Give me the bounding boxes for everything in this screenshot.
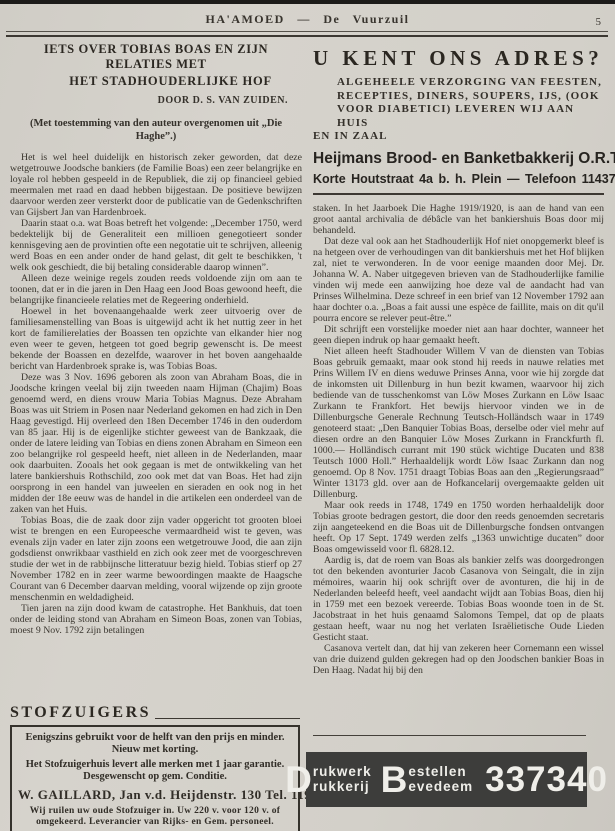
article-end-rule [313,735,586,736]
right-column: U KENT ONS ADRES? ALGEHEELE VERZORGING V… [313,42,604,676]
left-column: IETS OVER TOBIAS BOAS EN ZIJN RELATIES M… [10,42,302,636]
printer-ad-word-group: B estellen evedeem [381,763,474,797]
bakery-ad-name: Heijmans Brood- en Banketbakkerij O.R.T. [313,150,604,168]
scan-edge-strip [0,0,615,4]
printer-ad-word: estellen [408,765,473,780]
newspaper-page: HA'AMOED — De Vuurzuil 5 IETS OVER TOBIA… [0,0,615,831]
vacuum-ad-line2: Het Stofzuigerhuis levert alle merken me… [18,759,292,783]
printer-ad-word: evedeem [408,780,473,795]
article-paragraph: Het is wel heel duidelijk en historisch … [10,152,302,218]
article-paragraph: Niet alleen heeft Stadhouder Willem V va… [313,346,604,500]
vacuum-ad-title-rule [155,718,300,719]
vacuum-ad-line1: Eenigszins gebruikt voor de helft van de… [18,732,292,756]
vacuum-ad-title: STOFZUIGERS [10,704,151,722]
printer-ad-stack: estellen evedeem [408,765,473,794]
article-paragraph: Alleen deze weinige regels zouden reeds … [10,273,302,306]
vacuum-ad-title-row: STOFZUIGERS [10,704,300,722]
article-paragraph: Deze was 3 Nov. 1696 geboren als zoon va… [10,372,302,515]
printer-ad-initial-b: B [381,763,408,797]
vacuum-cleaner-ad: STOFZUIGERS Eenigszins gebruikt voor de … [10,704,300,831]
bakery-ad-headline: U KENT ONS ADRES? [313,46,604,71]
article-paragraph: Maar ook reeds in 1748, 1749 en 1750 wor… [313,500,604,555]
printer-ad-initial-d: D [285,763,312,797]
article-paragraph: Aardig is, dat de roem van Boas als bank… [313,555,604,643]
printer-ad-word-group: D rukwerk rukkerij [285,763,372,797]
article-title-line2: HET STADHOUDERLIJKE HOF [10,74,302,89]
article-body-left: Het is wel heel duidelijk en historisch … [10,152,302,636]
bakery-ad-body: ALGEHEELE VERZORGING VAN FEESTEN, RECEPT… [313,76,604,144]
article-paragraph: Dit schrijft een vorstelijke moeder niet… [313,324,604,346]
article-title-line1: IETS OVER TOBIAS BOAS EN ZIJN RELATIES M… [10,42,302,72]
article-body-right: staken. In het Jaarboek Die Haghe 1919/1… [313,203,604,676]
header-double-rule [6,31,608,37]
bakery-ad: U KENT ONS ADRES? ALGEHEELE VERZORGING V… [313,46,604,195]
article-paragraph: Casanova vertelt dan, dat hij van zekere… [313,643,604,676]
article-paragraph: staken. In het Jaarboek Die Haghe 1919/1… [313,203,604,236]
printer-ad-word: rukwerk [313,765,372,780]
printer-ad-word: rukkerij [313,780,372,795]
bakery-ad-body-line: EN IN ZAAL [313,130,604,144]
bakery-ad-body-line: RECEPTIES, DINERS, SOUPERS, IJS, (OOK [313,90,604,104]
printer-ad-phone-number: 337340 [485,760,608,800]
printer-ad: D rukwerk rukkerij B estellen evedeem 33… [306,752,587,807]
bakery-ad-body-line: ALGEHEELE VERZORGING VAN FEESTEN, [313,76,604,90]
article-paragraph: Daarin staat o.a. wat Boas betreft het v… [10,218,302,273]
article-byline: DOOR D. S. VAN ZUIDEN. [10,95,302,106]
page-number: 5 [596,16,602,28]
article-permission-note: (Met toestemming van den auteur overgeno… [28,117,284,143]
masthead: HA'AMOED — De Vuurzuil [0,12,615,27]
article-paragraph: Hoewel in het bovenaangehaalde werk zeer… [10,306,302,372]
bakery-ad-body-line: VOOR DIABETICI) LEVEREN WIJ AAN HUIS [313,103,604,130]
bakery-ad-address: Korte Houtstraat 4a b. h. Plein — Telefo… [313,172,604,186]
vacuum-ad-line4: Wij ruilen uw oude Stofzuiger in. Uw 220… [18,806,292,827]
printer-ad-stack: rukwerk rukkerij [313,765,372,794]
vacuum-ad-box: Eenigszins gebruikt voor de helft van de… [10,725,300,831]
vacuum-ad-contact: W. GAILLARD, Jan v.d. Heijdenstr. 130 Te… [18,787,292,803]
article-paragraph: Tobias Boas, die de zaak door zijn vader… [10,515,302,603]
article-paragraph: Tien jaren na zijn dood kwam de catastro… [10,603,302,636]
bakery-ad-bottom-rule [313,193,604,195]
article-paragraph: Dat deze val ook aan het Stadhouderlijk … [313,236,604,324]
